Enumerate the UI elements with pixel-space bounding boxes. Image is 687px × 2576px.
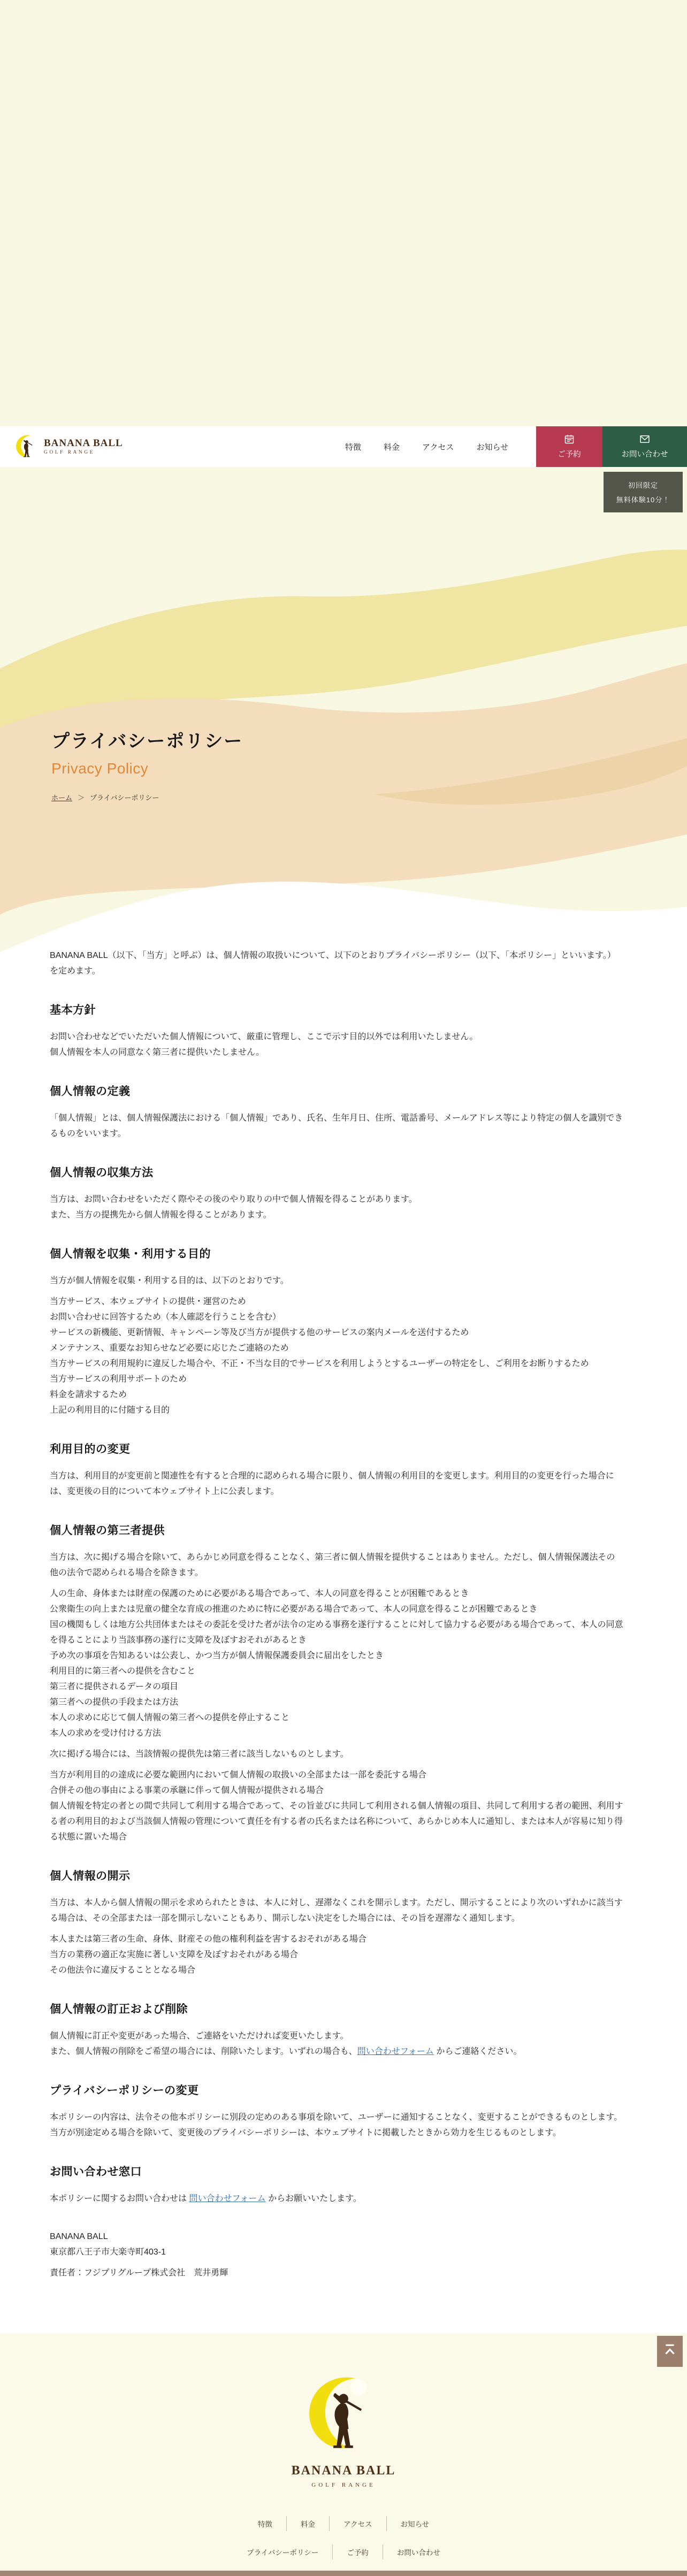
footer-brand-subtitle: GOLF RANGE — [311, 2482, 375, 2488]
policy-content: BANANA BALL（以下、「当方」と呼ぶ）は、個人情報の取扱いについて、以下… — [50, 948, 623, 2286]
page-subtitle: Privacy Policy — [51, 760, 243, 777]
breadcrumb-home-link[interactable]: ホーム — [51, 792, 72, 802]
brand-name: BANANA BALL — [44, 438, 123, 448]
section-paragraph: 当方は、本人から個人情報の開示を求められたときは、本人に対し、遅滞なくこれを開示… — [50, 1895, 623, 1926]
trial-badge-line1: 初回限定 — [628, 480, 658, 490]
trial-badge-line2: 無料体験10分！ — [616, 494, 670, 504]
section-paragraph: 当方が個人情報を収集・利用する目的は、以下のとおりです。 — [50, 1273, 623, 1289]
page-title: プライバシーポリシー — [51, 726, 243, 753]
section-paragraph: 当方は、次に掲げる場合を除いて、あらかじめ同意を得ることなく、第三者に個人情報を… — [50, 1550, 623, 1581]
chevron-up-icon — [662, 2342, 678, 2362]
policy-section: 個人情報を収集・利用する目的当方が個人情報を収集・利用する目的は、以下のとおりで… — [50, 1245, 623, 1418]
header-nav: 特徴 料金 アクセス お知らせ — [345, 426, 536, 467]
section-paragraph: 当方は、お問い合わせをいただく際やその後のやり取りの中で個人情報を得ることがあり… — [50, 1192, 623, 1223]
policy-section: 基本方針お問い合わせなどでいただいた個人情報について、厳重に管理し、ここで示す目… — [50, 1001, 623, 1060]
banana-golfer-logo-icon — [15, 433, 39, 461]
nav-link-news[interactable]: お知らせ — [476, 441, 508, 453]
policy-section: 個人情報の定義「個人情報」とは、個人情報保護法における「個人情報」であり、氏名、… — [50, 1083, 623, 1141]
footer-link-privacy-policy[interactable]: プライバシーポリシー — [233, 2544, 332, 2559]
calendar-icon — [564, 434, 575, 444]
section-paragraph: 個人情報に訂正や変更があった場合、ご連絡をいただければ変更いたします。また、個人… — [50, 2028, 623, 2059]
breadcrumb-separator: ＞ — [78, 792, 85, 802]
section-paragraph: BANANA BALL東京都八王子市大楽寺町403-1 — [50, 2229, 623, 2260]
reserve-button[interactable]: ご予約 — [536, 426, 602, 467]
section-paragraph: 当方は、利用目的が変更前と関連性を有すると合理的に認められる場合に限り、個人情報… — [50, 1468, 623, 1499]
breadcrumb-current: プライバシーポリシー — [90, 792, 159, 802]
footer-nav-primary: 特徴 料金 アクセス お知らせ — [244, 2516, 443, 2531]
hero-title-block: プライバシーポリシー Privacy Policy ホーム ＞ プライバシーポリ… — [51, 726, 243, 802]
brand-subtitle: GOLF RANGE — [44, 450, 123, 456]
section-heading: 個人情報の開示 — [50, 1867, 623, 1883]
footer-link-features[interactable]: 特徴 — [244, 2516, 286, 2531]
section-paragraph: 次に掲げる場合には、当該情報の提供先は第三者に該当しないものとします。 — [50, 1746, 623, 1762]
contact-button[interactable]: お問い合わせ — [602, 426, 687, 467]
policy-intro: BANANA BALL（以下、「当方」と呼ぶ）は、個人情報の取扱いについて、以下… — [50, 948, 623, 979]
nav-link-pricing[interactable]: 料金 — [384, 441, 400, 453]
privacy-policy-page: BANANA BALL GOLF RANGE 特徴 料金 アクセス お知らせ — [0, 0, 687, 2576]
section-heading: 個人情報の収集方法 — [50, 1164, 623, 1180]
section-paragraph: 本人または第三者の生命、身体、財産その他の権利利益を害するおそれがある場合当方の… — [50, 1931, 623, 1978]
site-header: BANANA BALL GOLF RANGE 特徴 料金 アクセス お知らせ — [0, 426, 687, 467]
footer-link-reserve[interactable]: ご予約 — [332, 2544, 383, 2559]
section-heading: 個人情報の訂正および削除 — [50, 2000, 623, 2017]
section-heading: 基本方針 — [50, 1001, 623, 1017]
footer-logo: BANANA BALL GOLF RANGE — [292, 2373, 396, 2488]
brand-logo[interactable]: BANANA BALL GOLF RANGE — [0, 426, 123, 467]
footer-nav-secondary: プライバシーポリシー ご予約 お問い合わせ — [233, 2544, 454, 2559]
footer-link-access[interactable]: アクセス — [329, 2516, 386, 2531]
contact-form-link[interactable]: 問い合わせフォーム — [357, 2047, 434, 2056]
policy-section: 個人情報の収集方法当方は、お問い合わせをいただく際やその後のやり取りの中で個人情… — [50, 1164, 623, 1223]
back-to-top-button[interactable] — [657, 2336, 683, 2367]
contact-form-link[interactable]: 問い合わせフォーム — [189, 2194, 265, 2203]
policy-section: 個人情報の訂正および削除個人情報に訂正や変更があった場合、ご連絡をいただければ変… — [50, 2000, 623, 2059]
banana-golfer-logo-icon — [306, 2373, 381, 2458]
contact-info-block: BANANA BALL東京都八王子市大楽寺町403-1責任者：フジプリグループ株… — [50, 2229, 623, 2281]
section-paragraph: 責任者：フジプリグループ株式会社 荒井勇輝 — [50, 2265, 623, 2281]
reserve-button-label: ご予約 — [558, 448, 581, 459]
trial-campaign-badge[interactable]: 初回限定 無料体験10分！ — [604, 472, 683, 512]
section-heading: お問い合わせ窓口 — [50, 2163, 623, 2179]
section-paragraph: 本ポリシーに関するお問い合わせは 問い合わせフォーム からお願いいたします。 — [50, 2191, 623, 2206]
policy-sections: 基本方針お問い合わせなどでいただいた個人情報について、厳重に管理し、ここで示す目… — [50, 1001, 623, 2281]
section-heading: 個人情報を収集・利用する目的 — [50, 1245, 623, 1261]
footer-link-pricing[interactable]: 料金 — [286, 2516, 329, 2531]
section-heading: 個人情報の定義 — [50, 1083, 623, 1099]
contact-button-label: お問い合わせ — [622, 448, 668, 459]
breadcrumb: ホーム ＞ プライバシーポリシー — [51, 792, 243, 802]
nav-link-access[interactable]: アクセス — [422, 441, 454, 453]
section-heading: 利用目的の変更 — [50, 1440, 623, 1456]
site-footer: BANANA BALL GOLF RANGE 特徴 料金 アクセス お知らせ プ… — [0, 2334, 687, 2576]
policy-section: 個人情報の第三者提供当方は、次に掲げる場合を除いて、あらかじめ同意を得ることなく… — [50, 1522, 623, 1845]
section-paragraph: 人の生命、身体または財産の保護のために必要がある場合であって、本人の同意を得るこ… — [50, 1586, 623, 1741]
footer-link-news[interactable]: お知らせ — [386, 2516, 444, 2531]
footer-brand-name: BANANA BALL — [292, 2464, 396, 2478]
section-paragraph: 本ポリシーの内容は、法令その他本ポリシーに別段の定めのある事項を除いて、ユーザー… — [50, 2110, 623, 2141]
policy-section: プライバシーポリシーの変更本ポリシーの内容は、法令その他本ポリシーに別段の定めの… — [50, 2082, 623, 2141]
footer-link-contact[interactable]: お問い合わせ — [383, 2544, 454, 2559]
section-paragraph: 「個人情報」とは、個人情報保護法における「個人情報」であり、氏名、生年月日、住所… — [50, 1110, 623, 1141]
nav-link-features[interactable]: 特徴 — [345, 441, 361, 453]
section-heading: プライバシーポリシーの変更 — [50, 2082, 623, 2098]
policy-section: 利用目的の変更当方は、利用目的が変更前と関連性を有すると合理的に認められる場合に… — [50, 1440, 623, 1499]
section-paragraph: 当方サービス、本ウェブサイトの提供・運営のためお問い合わせに回答するため（本人確… — [50, 1294, 623, 1418]
policy-section: 個人情報の開示当方は、本人から個人情報の開示を求められたときは、本人に対し、遅滞… — [50, 1867, 623, 1978]
section-paragraph: 当方が利用目的の達成に必要な範囲内において個人情報の取扱いの全部または一部を委託… — [50, 1767, 623, 1845]
section-paragraph: お問い合わせなどでいただいた個人情報について、厳重に管理し、ここで示す目的以外で… — [50, 1029, 623, 1060]
mail-icon — [639, 434, 650, 444]
section-heading: 個人情報の第三者提供 — [50, 1522, 623, 1538]
footer-bottom-bar — [0, 2571, 687, 2576]
policy-section: お問い合わせ窓口本ポリシーに関するお問い合わせは 問い合わせフォーム からお願い… — [50, 2163, 623, 2206]
